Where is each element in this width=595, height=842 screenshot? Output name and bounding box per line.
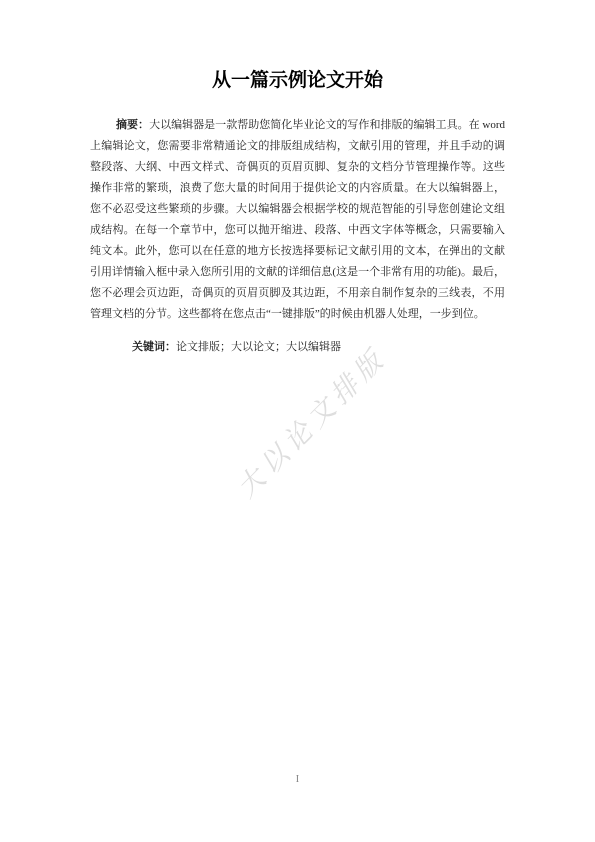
abstract-line: 您不必忍受这些繁琐的步骤。大以编辑器会根据学校的规范智能的引导您创建论文组 (90, 199, 505, 220)
abstract-line: 上编辑论文，您需要非常精通论文的排版组成结构，文献引用的管理，并且手动的调 (90, 136, 505, 157)
watermark: 大以论文排版 (226, 337, 394, 505)
keywords-line: 关键词：论文排版；大以论文；大以编辑器 (90, 337, 505, 358)
abstract-line: 纯文本。此外，您可以在任意的地方长按选择要标记文献引用的文本，在弹出的文献 (90, 241, 505, 262)
abstract-lines: 上编辑论文，您需要非常精通论文的排版组成结构，文献引用的管理，并且手动的调整段落… (90, 136, 505, 325)
keywords-text: 论文排版；大以论文；大以编辑器 (176, 341, 341, 353)
abstract-line: 管理文档的分节。这些都将在您点击“一键排版”的时候由机器人处理，一步到位。 (90, 304, 505, 325)
page-number: I (0, 773, 595, 785)
abstract-first-line: 摘要：大以编辑器是一款帮助您简化毕业论文的写作和排版的编辑工具。在 word (90, 115, 505, 136)
abstract-paragraph: 摘要：大以编辑器是一款帮助您简化毕业论文的写作和排版的编辑工具。在 word 上… (90, 115, 505, 358)
abstract-line: 引用详情输入框中录入您所引用的文献的详细信息(这是一个非常有用的功能)。最后， (90, 262, 505, 283)
abstract-line: 操作非常的繁琐，浪费了您大量的时间用于提供论文的内容质量。在大以编辑器上， (90, 178, 505, 199)
abstract-line: 您不必理会页边距，奇偶页的页眉页脚及其边距，不用亲自制作复杂的三线表，不用 (90, 283, 505, 304)
abstract-line: 成结构。在每一个章节中，您可以抛开缩进、段落、中西文字体等概念，只需要输入 (90, 220, 505, 241)
document-page: 从一篇示例论文开始 摘要：大以编辑器是一款帮助您简化毕业论文的写作和排版的编辑工… (0, 0, 595, 842)
abstract-line: 整段落、大纲、中西文样式、奇偶页的页眉页脚、复杂的文档分节管理操作等。这些 (90, 157, 505, 178)
abstract-label: 摘要： (116, 119, 149, 131)
keywords-label: 关键词： (132, 341, 176, 353)
abstract-first-line-text: 大以编辑器是一款帮助您简化毕业论文的写作和排版的编辑工具。在 word (149, 119, 505, 131)
page-title: 从一篇示例论文开始 (0, 0, 595, 94)
